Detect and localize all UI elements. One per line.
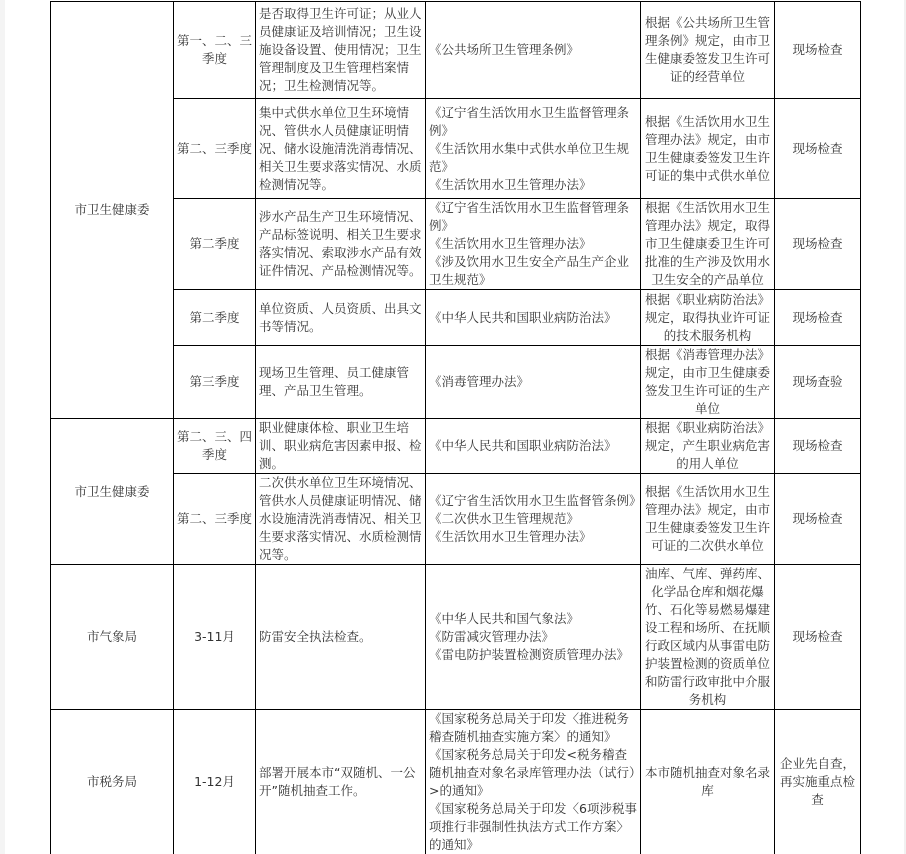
method-cell: 现场查验 (775, 346, 861, 419)
target-cell: 根据《生活饮用水卫生管理办法》规定，由市卫生健康委签发卫生许可证的二次供水单位 (641, 474, 775, 565)
table-row: 市卫生健康委 第二、三、四季度 职业健康体检、职业卫生培训、职业病危害因素申报、… (51, 419, 861, 474)
law-item: 《生活饮用水卫生管理办法》 (429, 235, 637, 253)
method-cell: 现场检查 (775, 474, 861, 565)
page-margin-left (0, 0, 5, 854)
target-cell: 根据《公共场所卫生管理条例》规定，由市卫生健康委签发卫生许可证的经营单位 (641, 2, 775, 99)
content-cell: 职业健康体检、职业卫生培训、职业病危害因素申报、检测。 (256, 419, 426, 474)
inspection-plan-table: 市卫生健康委 第一、二、三季度 是否取得卫生许可证；从业人员健康证及培训情况；卫… (50, 1, 861, 854)
content-cell: 集中式供水单位卫生环境情况、管供水人员健康证明情况、储水设施清洗消毒情况、相关卫… (256, 99, 426, 199)
period-cell: 第一、二、三季度 (174, 2, 256, 99)
laws-cell: 《中华人民共和国职业病防治法》 (426, 290, 641, 346)
laws-cell: 《公共场所卫生管理条例》 (426, 2, 641, 99)
law-item: 《中华人民共和国气象法》 (429, 610, 637, 628)
method-cell: 现场检查 (775, 2, 861, 99)
method-cell: 现场检查 (775, 290, 861, 346)
law-item: 《国家税务总局关于印发〈推进税务稽查随机抽查实施方案〉的通知》 (429, 710, 637, 746)
target-cell: 油库、气库、弹药库、化学品仓库和烟花爆竹、石化等易燃易爆建设工程和场所、在抚顺行… (641, 565, 775, 710)
period-cell: 第二、三、四季度 (174, 419, 256, 474)
laws-cell: 《中华人民共和国气象法》 《防雷减灾管理办法》 《雷电防护装置检测资质管理办法》 (426, 565, 641, 710)
law-item: 《辽宁省生活饮用水卫生监督管理条例》 (429, 104, 637, 140)
period-cell: 第二季度 (174, 290, 256, 346)
law-item: 《生活饮用水卫生管理办法》 (429, 528, 637, 546)
department-cell: 市税务局 (51, 710, 174, 854)
laws-cell: 《中华人民共和国职业病防治法》 (426, 419, 641, 474)
method-cell: 现场检查 (775, 199, 861, 290)
content-cell: 是否取得卫生许可证；从业人员健康证及培训情况；卫生设施设备设置、使用情况；卫生管… (256, 2, 426, 99)
period-cell: 3-11月 (174, 565, 256, 710)
law-item: 《中华人民共和国职业病防治法》 (429, 309, 637, 327)
target-cell: 根据《生活饮用水卫生管理办法》规定，取得市卫生健康委卫生许可批准的生产涉及饮用水… (641, 199, 775, 290)
department-cell: 市气象局 (51, 565, 174, 710)
laws-cell: 《辽宁省生活饮用水卫生监督管理条例》 《生活饮用水卫生管理办法》 《涉及饮用水卫… (426, 199, 641, 290)
law-item: 《消毒管理办法》 (429, 373, 637, 391)
law-item: 《生活饮用水集中式供水单位卫生规范》 (429, 140, 637, 176)
method-cell: 现场检查 (775, 565, 861, 710)
content-cell: 部署开展本市“双随机、一公开”随机抽查工作。 (256, 710, 426, 854)
method-cell: 企业先自查，再实施重点检查 (775, 710, 861, 854)
content-cell: 单位资质、人员资质、出具文书等情况。 (256, 290, 426, 346)
laws-cell: 《国家税务总局关于印发〈推进税务稽查随机抽查实施方案〉的通知》 《国家税务总局关… (426, 710, 641, 854)
target-cell: 根据《职业病防治法》规定，产生职业病危害的用人单位 (641, 419, 775, 474)
method-cell: 现场检查 (775, 99, 861, 199)
law-item: 《中华人民共和国职业病防治法》 (429, 437, 637, 455)
table-row: 市卫生健康委 第一、二、三季度 是否取得卫生许可证；从业人员健康证及培训情况；卫… (51, 2, 861, 99)
law-item: 《辽宁省生活饮用水卫生监督管理条例》 (429, 199, 637, 235)
content-cell: 现场卫生管理、员工健康管理、产品卫生管理。 (256, 346, 426, 419)
department-cell: 市卫生健康委 (51, 419, 174, 565)
content-cell: 二次供水单位卫生环境情况、管供水人员健康证明情况、储水设施清洗消毒情况、相关卫生… (256, 474, 426, 565)
method-cell: 现场检查 (775, 419, 861, 474)
law-item: 《国家税务总局关于印发<税务稽查随机抽查对象名录库管理办法（试行）>的通知》 (429, 746, 637, 800)
target-cell: 根据《消毒管理办法》规定，由市卫生健康委签发卫生许可证的生产单位 (641, 346, 775, 419)
content-cell: 防雷安全执法检查。 (256, 565, 426, 710)
law-item: 《公共场所卫生管理条例》 (429, 41, 637, 59)
content-cell: 涉水产品生产卫生环境情况、产品标签说明、相关卫生要求落实情况、索取涉水产品有效证… (256, 199, 426, 290)
department-cell: 市卫生健康委 (51, 2, 174, 419)
law-item: 《生活饮用水卫生管理办法》 (429, 176, 637, 194)
law-item: 《涉及饮用水卫生安全产品生产企业卫生规范》 (429, 253, 637, 289)
target-cell: 根据《生活饮用水卫生管理办法》规定，由市卫生健康委签发卫生许可证的集中式供水单位 (641, 99, 775, 199)
law-item: 《雷电防护装置检测资质管理办法》 (429, 646, 637, 664)
law-item: 《国家税务总局关于印发〈6项涉税事项推行非强制性执法方式工作方案〉的通知》 (429, 800, 637, 854)
target-cell: 本市随机抽查对象名录库 (641, 710, 775, 854)
period-cell: 第二季度 (174, 199, 256, 290)
target-cell: 根据《职业病防治法》规定，取得执业许可证的技术服务机构 (641, 290, 775, 346)
laws-cell: 《辽宁省生活饮用水卫生监督管理条例》 《生活饮用水集中式供水单位卫生规范》 《生… (426, 99, 641, 199)
law-item: 《辽宁省生活饮用水卫生监督管条例》 (429, 492, 637, 510)
law-item: 《防雷减灾管理办法》 (429, 628, 637, 646)
period-cell: 第二、三季度 (174, 99, 256, 199)
table-row: 市税务局 1-12月 部署开展本市“双随机、一公开”随机抽查工作。 《国家税务总… (51, 710, 861, 854)
laws-cell: 《消毒管理办法》 (426, 346, 641, 419)
period-cell: 1-12月 (174, 710, 256, 854)
period-cell: 第二、三季度 (174, 474, 256, 565)
period-cell: 第三季度 (174, 346, 256, 419)
table-row: 市气象局 3-11月 防雷安全执法检查。 《中华人民共和国气象法》 《防雷减灾管… (51, 565, 861, 710)
law-item: 《二次供水卫生管理规范》 (429, 510, 637, 528)
laws-cell: 《辽宁省生活饮用水卫生监督管条例》 《二次供水卫生管理规范》 《生活饮用水卫生管… (426, 474, 641, 565)
